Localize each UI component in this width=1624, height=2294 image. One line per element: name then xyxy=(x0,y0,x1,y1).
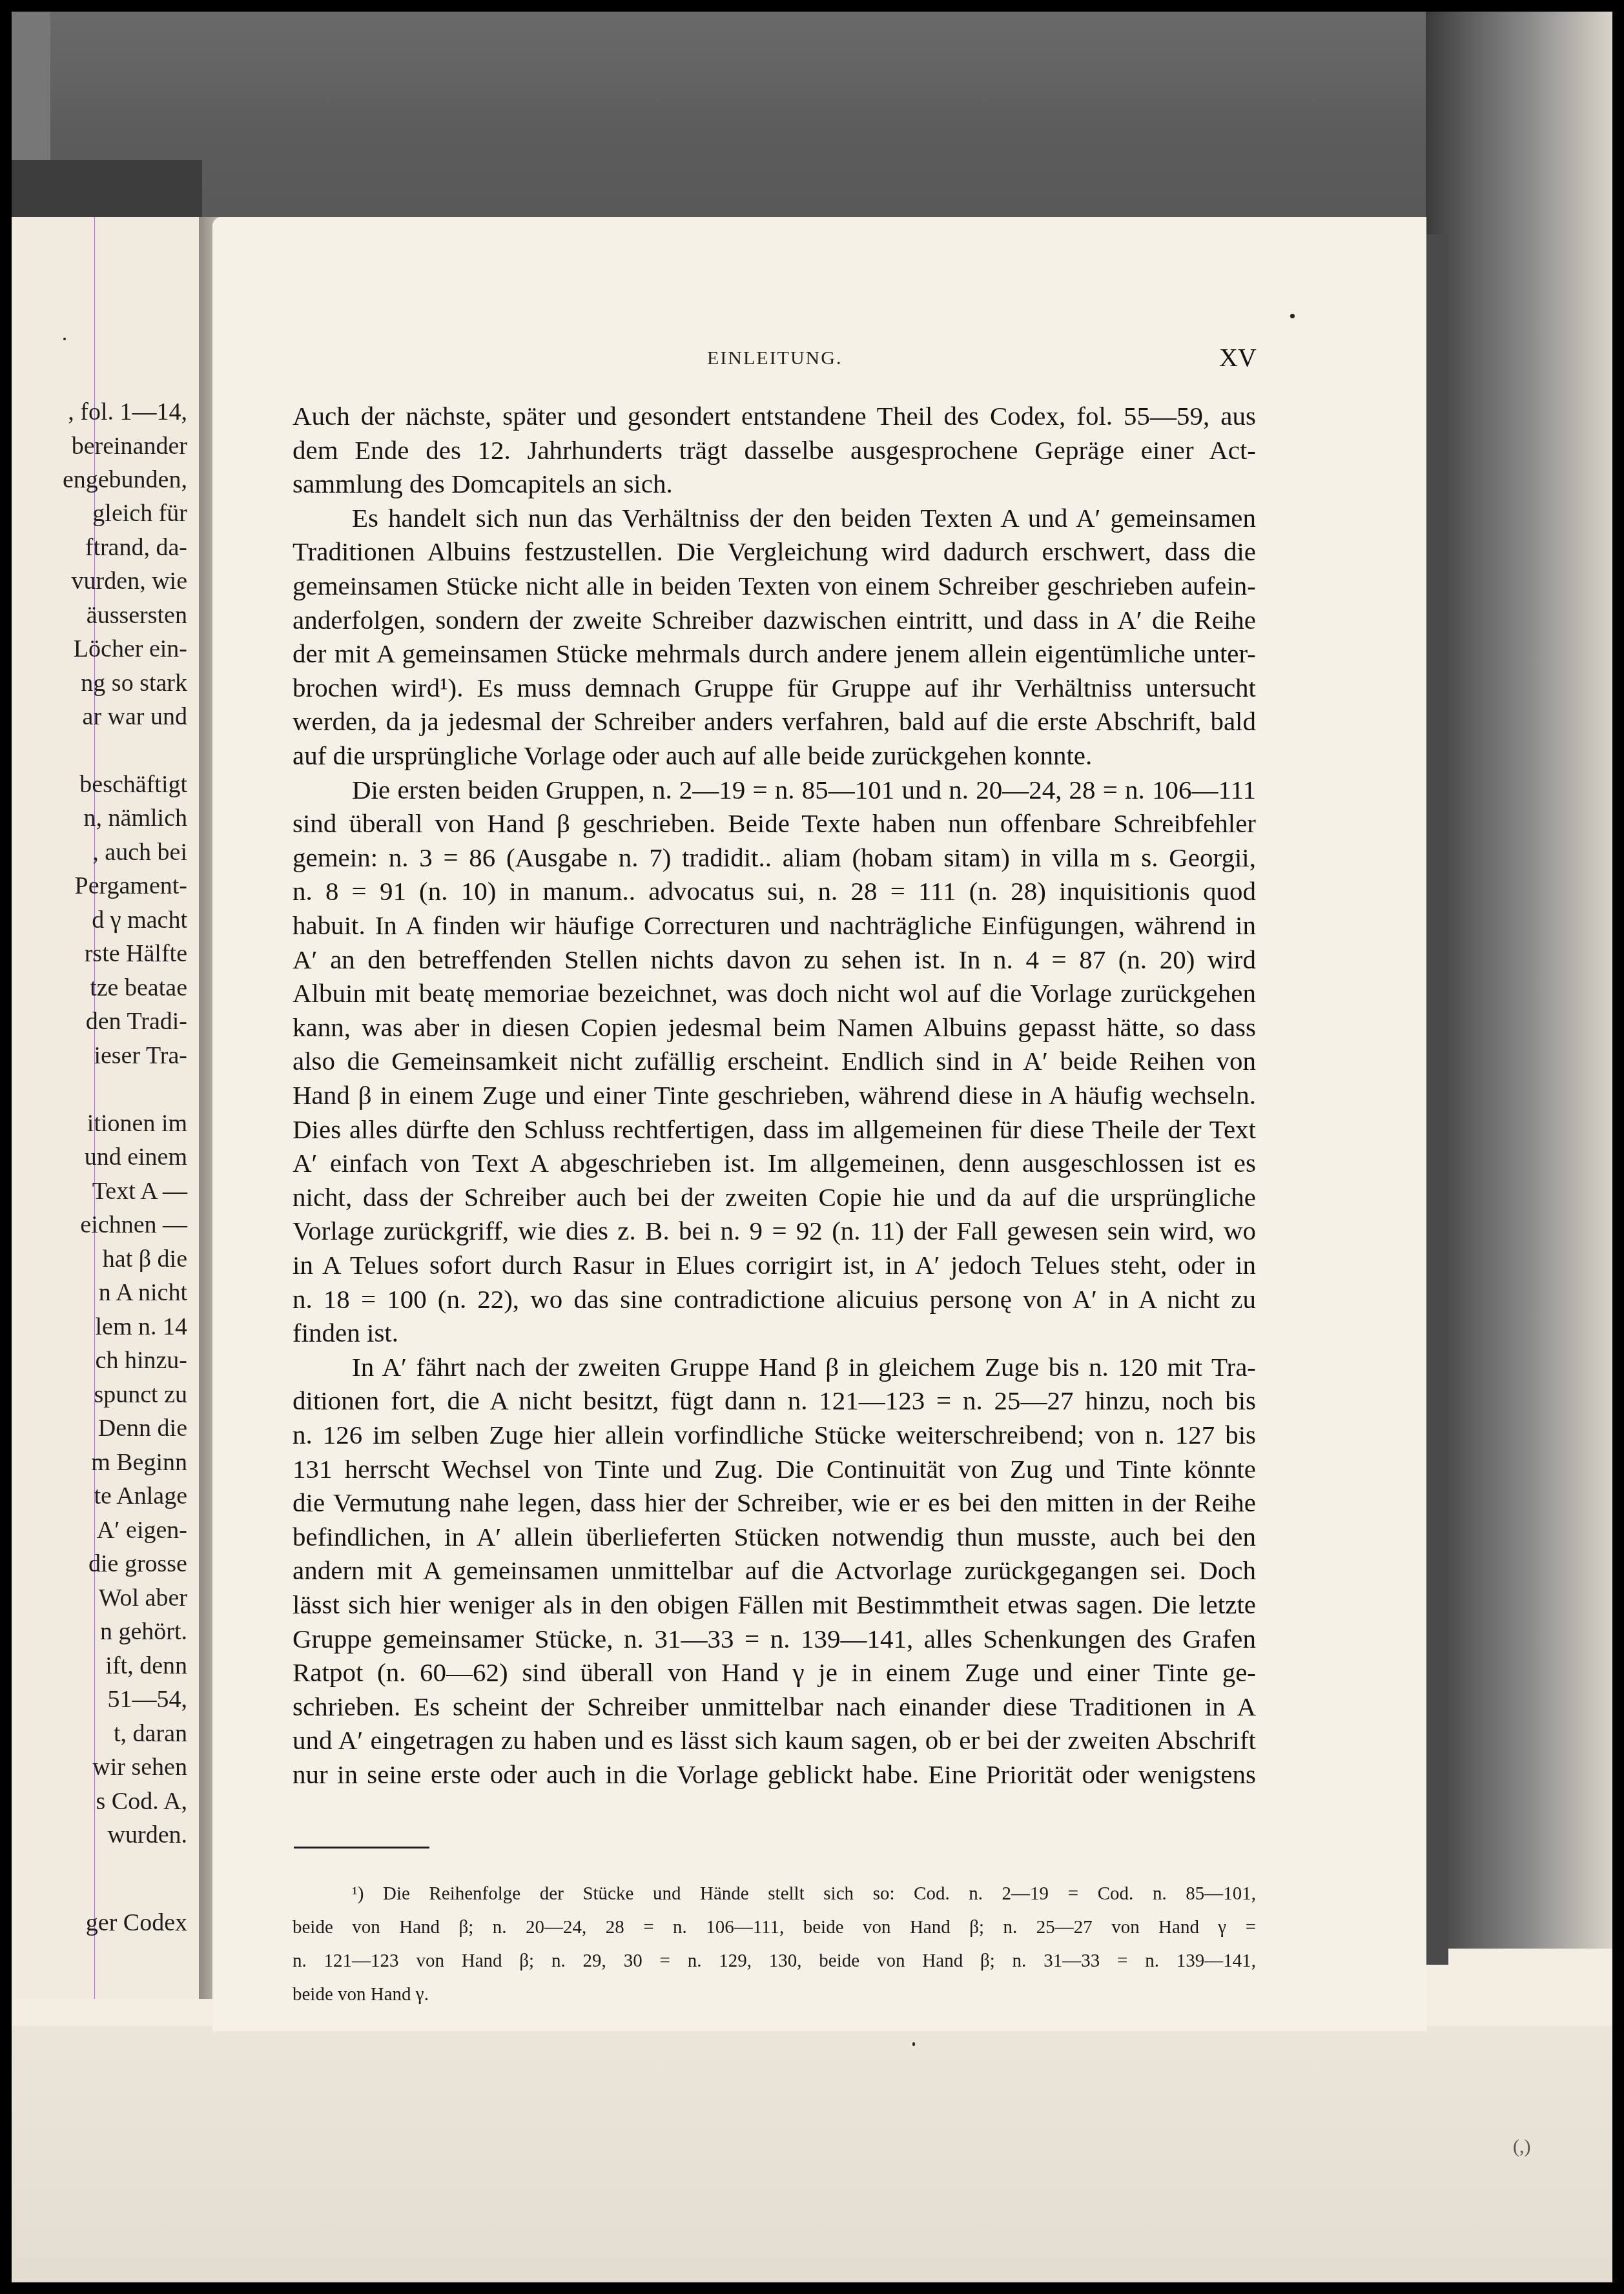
text-line: Gruppe gemeinsamer Stücke, n. 31—33 = n.… xyxy=(293,1622,1256,1655)
footnote-line: n. 121—123 von Hand β; n. 29, 30 = n. 12… xyxy=(293,1948,1256,1974)
text-line: Traditionen Albuins festzustellen. Die V… xyxy=(293,535,1256,568)
text-line: der mit A gemeinsamen Stücke mehrmals du… xyxy=(293,637,1256,670)
left-page-line: ar war und xyxy=(83,704,187,729)
left-page-line: vurden, wie xyxy=(72,569,187,593)
left-page-line: wurden. xyxy=(108,1823,187,1847)
text-line: sind überall von Hand β geschrieben. Bei… xyxy=(293,806,1256,840)
left-book-cover-edge xyxy=(12,160,202,218)
page-number: XV xyxy=(1219,342,1257,373)
left-page-line: hat β die xyxy=(103,1247,187,1271)
text-line: habuit. In A finden wir häufige Correctu… xyxy=(293,908,1256,942)
left-page-line: ieser Tra- xyxy=(94,1043,187,1068)
text-line: anderfolgen, sondern der zweite Schreibe… xyxy=(293,603,1256,637)
text-line: andern mit A gemeinsamen unmittelbar auf… xyxy=(293,1553,1256,1587)
text-line: schrieben. Es scheint der Schreiber unmi… xyxy=(293,1690,1256,1723)
text-line: und A′ eingetragen zu haben und es lässt… xyxy=(293,1723,1256,1757)
text-line: A′ einfach von Text A abgeschrieben ist.… xyxy=(293,1146,1256,1180)
text-line: befindlichen, in A′ allein überlieferten… xyxy=(293,1520,1256,1553)
left-page-line: wir sehen xyxy=(92,1755,187,1779)
left-page-line: ift, denn xyxy=(105,1654,187,1678)
left-page-line: Text A — xyxy=(92,1179,187,1203)
text-line: 131 herrscht Wechsel von Tinte und Zug. … xyxy=(293,1452,1256,1486)
text-line: n. 18 = 100 (n. 22), wo das sine contrad… xyxy=(293,1282,1256,1316)
text-line: Hand β in einem Zuge und einer Tinte ges… xyxy=(293,1078,1256,1112)
left-page-line: die grosse xyxy=(88,1552,187,1576)
text-line: n. 126 im selben Zuge hier allein vorfin… xyxy=(293,1418,1256,1451)
left-page-line: ch hinzu- xyxy=(96,1348,187,1373)
left-page-line: ger Codex xyxy=(86,1910,187,1935)
left-page-line: den Tradi- xyxy=(86,1009,187,1034)
left-page-line: lem n. 14 xyxy=(96,1315,187,1339)
left-page-line: m Beginn xyxy=(91,1450,187,1475)
page-edge-shadow xyxy=(1426,234,1448,1965)
text-line: Ratpot (n. 60—62) sind überall von Hand … xyxy=(293,1655,1256,1689)
left-page-line: bereinander xyxy=(72,434,187,458)
margin-mark: (,) xyxy=(1513,2136,1530,2158)
footnote-rule xyxy=(294,1847,429,1849)
paper-speck xyxy=(63,338,66,340)
text-line: n. 8 = 91 (n. 10) in manum.. advocatus s… xyxy=(293,874,1256,908)
left-page-line: A′ eigen- xyxy=(97,1518,187,1542)
left-page-line: spunct zu xyxy=(94,1382,187,1407)
text-line: ditionen fort, die A nicht besitzt, fügt… xyxy=(293,1384,1256,1417)
text-line: nur in seine erste oder auch in die Vorl… xyxy=(293,1757,1256,1791)
left-page-line: tze beatae xyxy=(90,976,187,1000)
text-line: werden, da ja jedesmal der Schreiber and… xyxy=(293,704,1256,738)
running-head: EINLEITUNG. xyxy=(707,347,842,369)
left-page-line: gleich für xyxy=(92,501,187,526)
left-page-line: und einem xyxy=(85,1145,187,1169)
dark-backdrop xyxy=(12,12,1612,218)
text-line: kann, was aber in diesen Copien jedesmal… xyxy=(293,1010,1256,1044)
text-line: gemein: n. 3 = 86 (Ausgabe n. 7) tradidi… xyxy=(293,841,1256,874)
left-page-line: , fol. 1—14, xyxy=(68,400,187,424)
left-page-line: ftrand, da- xyxy=(85,535,187,560)
scanned-book-spread: , fol. 1—14,bereinanderengebunden,gleich… xyxy=(12,12,1612,2282)
paper-speck xyxy=(912,2042,915,2046)
table-surface xyxy=(12,2026,1612,2282)
left-page-line: eichnen — xyxy=(80,1213,187,1237)
left-page-line: n, nämlich xyxy=(84,806,187,830)
text-line: lässt sich hier weniger als in den obige… xyxy=(293,1588,1256,1621)
left-page-line: ng so stark xyxy=(81,671,187,695)
left-page-line: 51—54, xyxy=(108,1687,188,1712)
text-line: sammlung des Domcapitels an sich. xyxy=(293,467,1256,500)
text-line: dem Ende des 12. Jahrhunderts trägt dass… xyxy=(293,433,1256,467)
text-line: nicht, dass der Schreiber auch bei der z… xyxy=(293,1180,1256,1214)
left-page-line: Löcher ein- xyxy=(74,637,187,661)
left-page-line: s Cod. A, xyxy=(96,1789,187,1814)
text-line: Es handelt sich nun das Verhältniss der … xyxy=(293,501,1256,535)
text-line: also die Gemeinsamkeit nicht zufällig er… xyxy=(293,1044,1256,1078)
left-page-line: n A nicht xyxy=(99,1280,187,1305)
text-line: gemeinsamen Stücke nicht alle in beiden … xyxy=(293,569,1256,602)
left-page-line: n gehört. xyxy=(100,1619,187,1644)
left-page-fragment: , fol. 1—14,bereinanderengebunden,gleich… xyxy=(12,217,208,1999)
left-page-line: te Anlage xyxy=(94,1484,187,1508)
left-page-line: , auch bei xyxy=(92,840,187,865)
text-line: in A Telues sofort durch Rasur in Elues … xyxy=(293,1248,1256,1282)
text-line: Dies alles dürfte den Schluss rechtferti… xyxy=(293,1112,1256,1146)
text-line: auf die ursprüngliche Vorlage oder auch … xyxy=(293,739,1256,772)
footnote-line: ¹) Die Reihenfolge der Stücke und Hände … xyxy=(293,1881,1256,1907)
paper-speck xyxy=(1290,314,1295,318)
left-page-line: t, daran xyxy=(114,1721,187,1746)
left-page-line: engebunden, xyxy=(63,467,187,492)
left-page-line: d γ macht xyxy=(92,908,187,932)
left-page-line: Pergament- xyxy=(75,874,187,898)
text-line: In A′ fährt nach der zweiten Gruppe Hand… xyxy=(293,1350,1256,1384)
footnote-line: beide von Hand β; n. 20—24, 28 = n. 106—… xyxy=(293,1914,1256,1940)
left-page-line: Denn die xyxy=(98,1416,187,1440)
left-page-line: äussersten xyxy=(87,603,187,628)
text-line: Vorlage zurückgriff, wie dies z. B. bei … xyxy=(293,1214,1256,1247)
text-line: brochen wird¹). Es muss demnach Gruppe f… xyxy=(293,671,1256,704)
text-line: die Vermutung nahe legen, dass hier der … xyxy=(293,1486,1256,1519)
text-line: A′ an den betreffenden Stellen nichts da… xyxy=(293,943,1256,976)
left-page-line: itionen im xyxy=(87,1111,187,1136)
text-line: Albuin mit beatę memoriae bezeichnet, wa… xyxy=(293,976,1256,1010)
left-page-line: rste Hälfte xyxy=(85,941,187,966)
text-line: Die ersten beiden Gruppen, n. 2—19 = n. … xyxy=(293,773,1256,806)
backdrop-right-shadow xyxy=(1426,12,1612,1949)
left-page-line: Wol aber xyxy=(99,1586,187,1610)
left-page-line: beschäftigt xyxy=(79,772,187,797)
text-line: Auch der nächste, später und gesondert e… xyxy=(293,399,1256,433)
text-line: finden ist. xyxy=(293,1316,1256,1349)
footnote-line: beide von Hand γ. xyxy=(293,1982,1256,2007)
